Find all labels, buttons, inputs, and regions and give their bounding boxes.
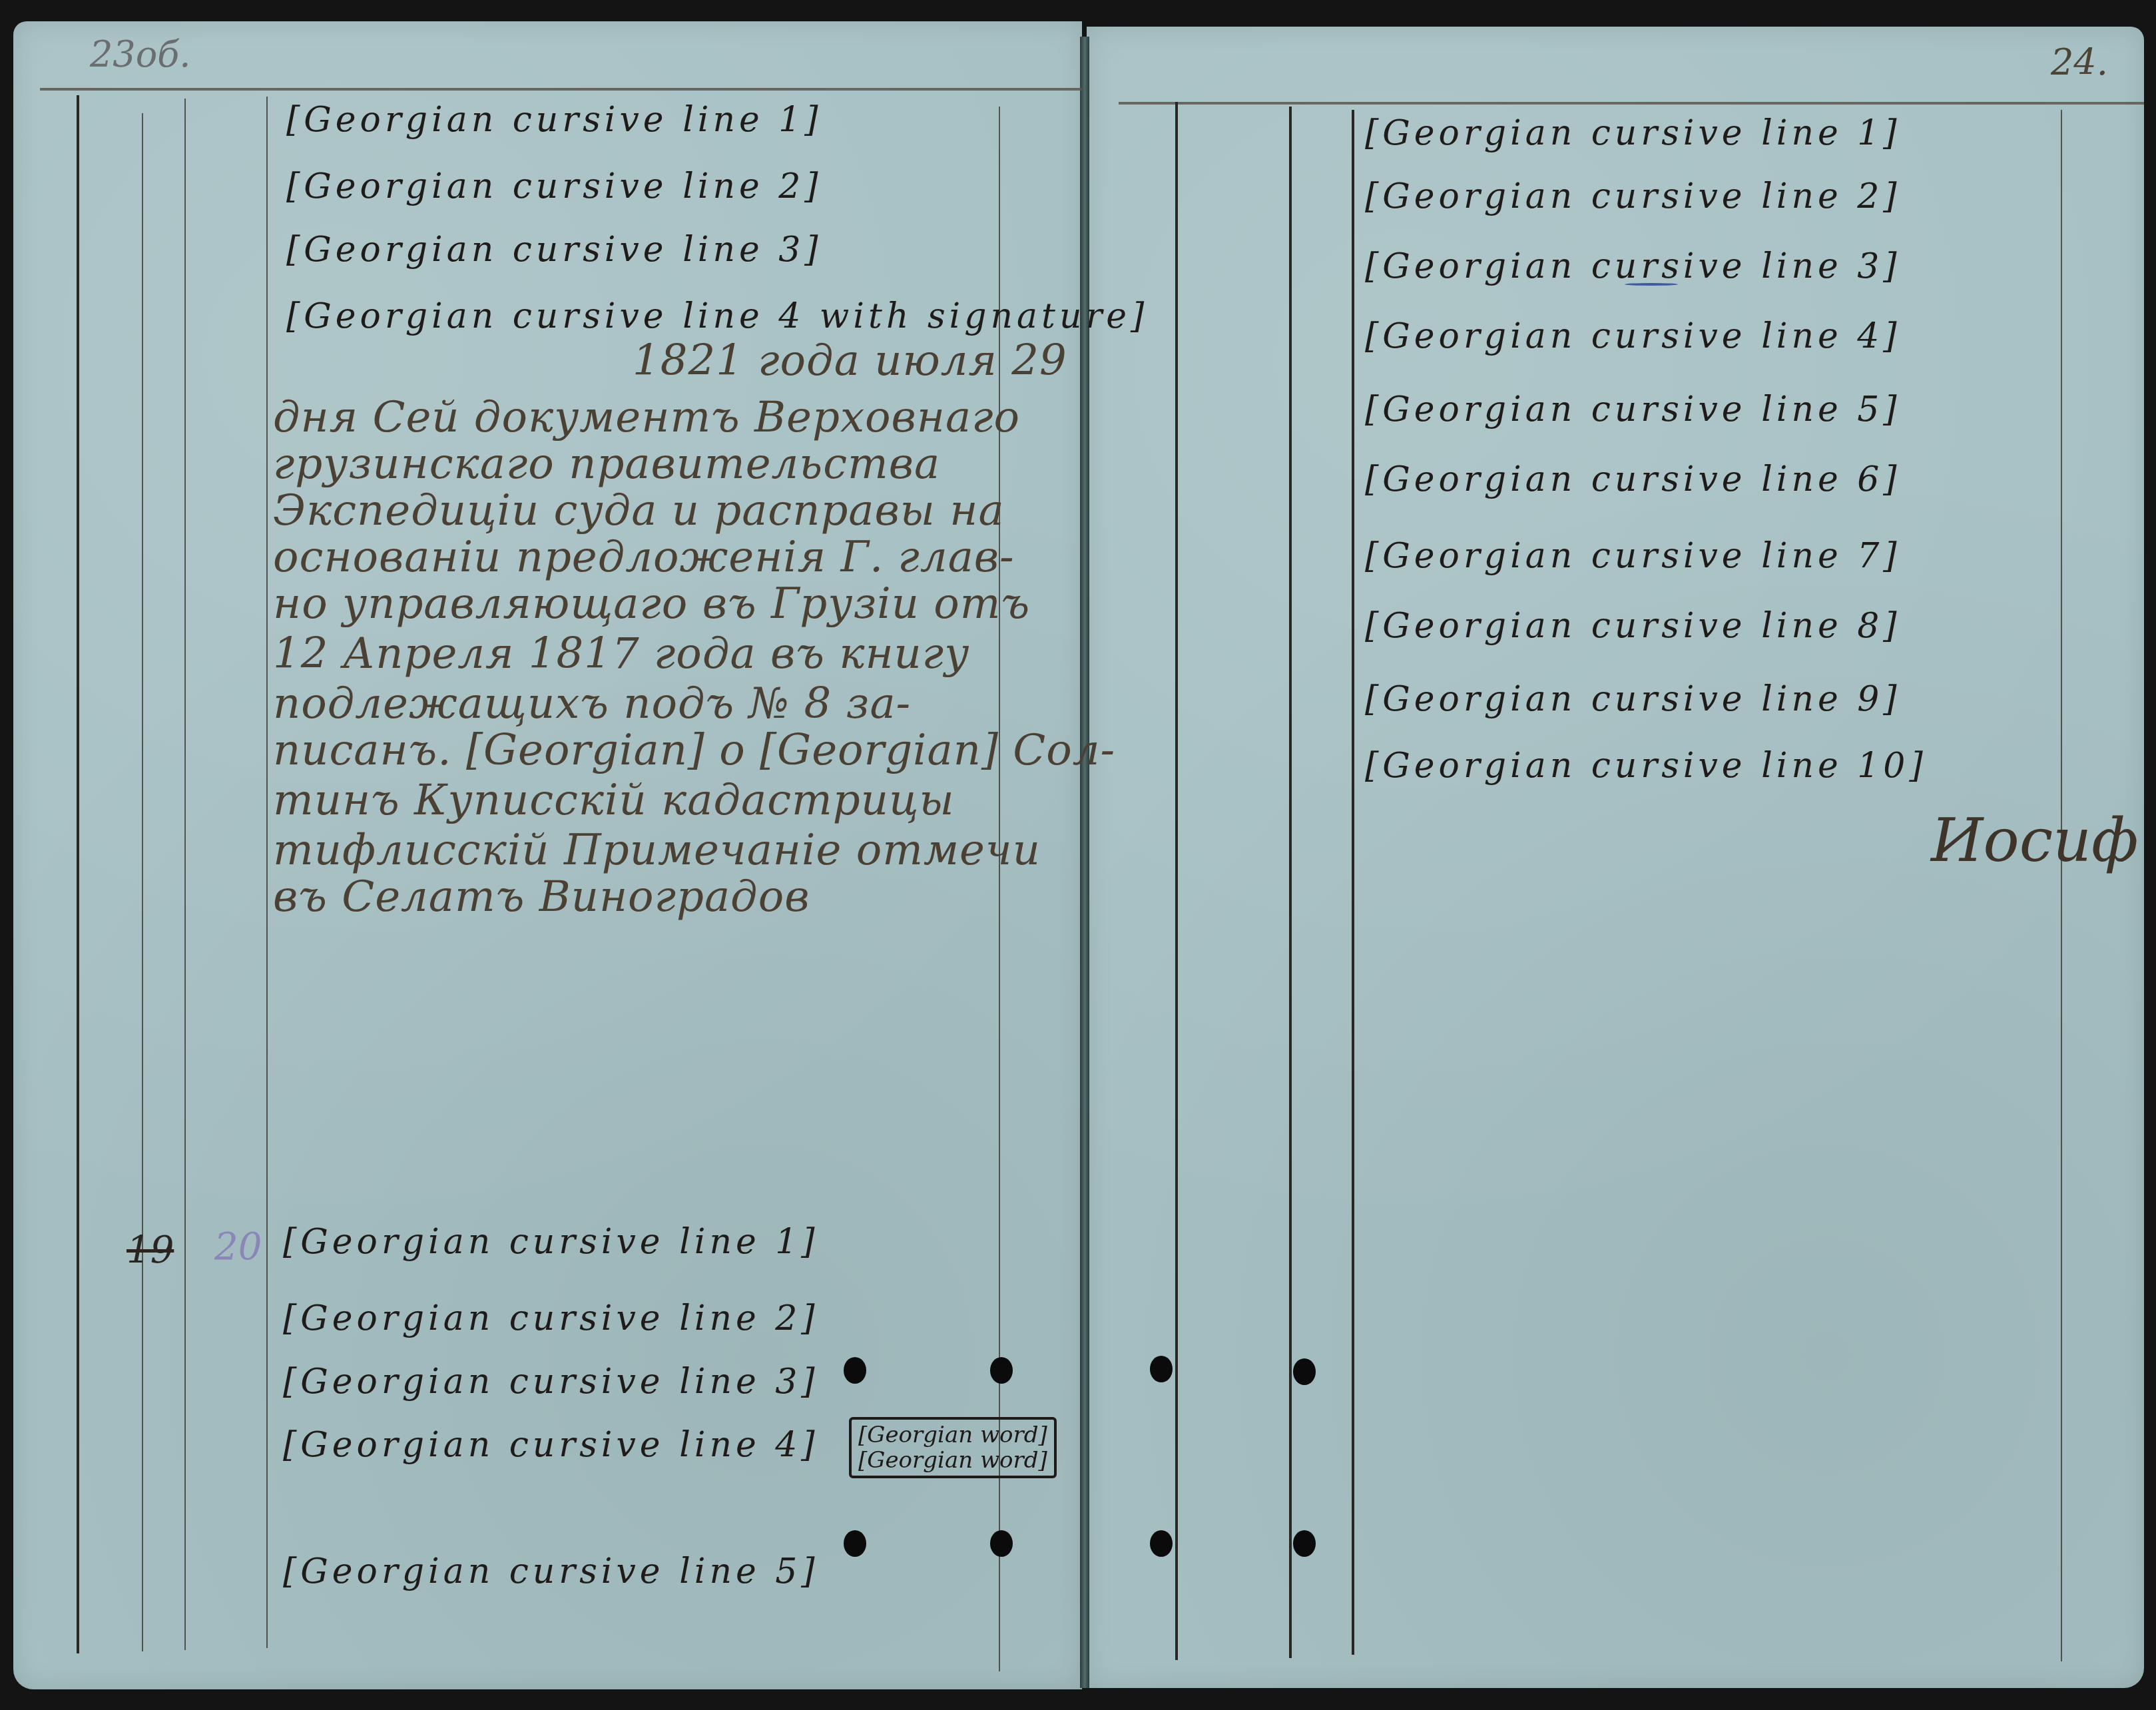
right-georgian-line-6: [Georgian cursive line 6]: [1365, 459, 1901, 499]
book-gutter: [1080, 37, 1089, 1688]
left-header-rule: [40, 88, 1082, 91]
right-georgian-line-3: [Georgian cursive line 3]: [1365, 246, 1901, 286]
binding-hole: [1150, 1356, 1173, 1382]
right-georgian-line-1: [Georgian cursive line 1]: [1365, 113, 1901, 153]
blue-pencil-underline: [1625, 283, 1678, 286]
bottom-georgian-line-3: [Georgian cursive line 3]: [283, 1362, 819, 1402]
boxed-note-line-2: [Georgian word]: [858, 1448, 1047, 1473]
russian-line-4: основаніи предложенія Г. глав-: [273, 533, 1015, 582]
russian-line-5: но управляющаго въ Грузіи отъ: [273, 579, 1030, 629]
bottom-georgian-line-4: [Georgian cursive line 4]: [283, 1425, 819, 1465]
russian-line-8: писанъ. [Georgian] о [Georgian] Сол-: [273, 726, 1115, 775]
boxed-note-line-1: [Georgian word]: [858, 1422, 1047, 1448]
right-margin-rule-2: [1289, 107, 1292, 1658]
left-margin-rule-2: [142, 113, 143, 1651]
binding-hole: [844, 1530, 866, 1557]
struck-entry-number: 19: [127, 1229, 174, 1272]
bottom-georgian-line-2: [Georgian cursive line 2]: [283, 1298, 819, 1338]
right-georgian-line-7: [Georgian cursive line 7]: [1365, 536, 1901, 576]
russian-line-11: въ Селатъ Виноградов: [273, 872, 810, 922]
binding-hole: [1293, 1530, 1316, 1557]
right-right-rule: [2061, 110, 2062, 1661]
binding-hole: [990, 1530, 1013, 1557]
right-georgian-line-5: [Georgian cursive line 5]: [1365, 390, 1901, 429]
left-margin-rule-3: [184, 99, 186, 1650]
left-georgian-line-2: [Georgian cursive line 2]: [286, 166, 822, 206]
right-margin-rule-1: [1175, 102, 1178, 1660]
boxed-note: [Georgian word] [Georgian word]: [849, 1417, 1057, 1478]
russian-line-6: 12 Апреля 1817 года въ книгу: [273, 629, 969, 679]
right-georgian-line-10: [Georgian cursive line 10]: [1365, 746, 1927, 786]
binding-hole: [990, 1357, 1013, 1384]
right-header-rule: [1119, 102, 2144, 105]
right-georgian-line-9: [Georgian cursive line 9]: [1365, 679, 1901, 719]
binding-hole: [1150, 1530, 1173, 1557]
right-georgian-line-4: [Georgian cursive line 4]: [1365, 316, 1901, 356]
russian-line-3: Экспедиціи суда и расправы на: [273, 486, 1005, 535]
bottom-georgian-line-5: [Georgian cursive line 5]: [283, 1552, 819, 1591]
left-georgian-line-4: [Georgian cursive line 4 with signature]: [286, 296, 1148, 336]
russian-line-9: тинъ Куписскій кадастрицы: [273, 776, 955, 825]
left-text-rule: [266, 97, 268, 1648]
left-georgian-line-1: [Georgian cursive line 1]: [286, 100, 822, 140]
right-georgian-line-8: [Georgian cursive line 8]: [1365, 606, 1901, 646]
signature: Иосиф: [1931, 806, 2138, 876]
russian-line-10: тифлисскій Примечаніе отмечи: [273, 826, 1041, 875]
right-text-rule: [1352, 110, 1354, 1655]
left-folio-number: 23об.: [90, 33, 190, 75]
entry-number-violet: 20: [214, 1225, 262, 1269]
binding-hole: [844, 1357, 866, 1384]
right-georgian-line-2: [Georgian cursive line 2]: [1365, 176, 1901, 216]
russian-line-7: подлежащихъ подъ № 8 за-: [273, 679, 911, 728]
binding-hole: [1293, 1358, 1316, 1385]
russian-line-2: грузинскаго правительства: [273, 439, 940, 489]
russian-date-line: 1821 года июля 29: [633, 336, 1067, 386]
left-margin-rule-1: [77, 95, 79, 1653]
russian-line-1: дня Сей документъ Верховнаго: [273, 393, 1020, 442]
bottom-georgian-line-1: [Georgian cursive line 1]: [283, 1222, 819, 1262]
left-georgian-line-3: [Georgian cursive line 3]: [286, 230, 822, 270]
right-folio-number: 24.: [2051, 41, 2108, 83]
